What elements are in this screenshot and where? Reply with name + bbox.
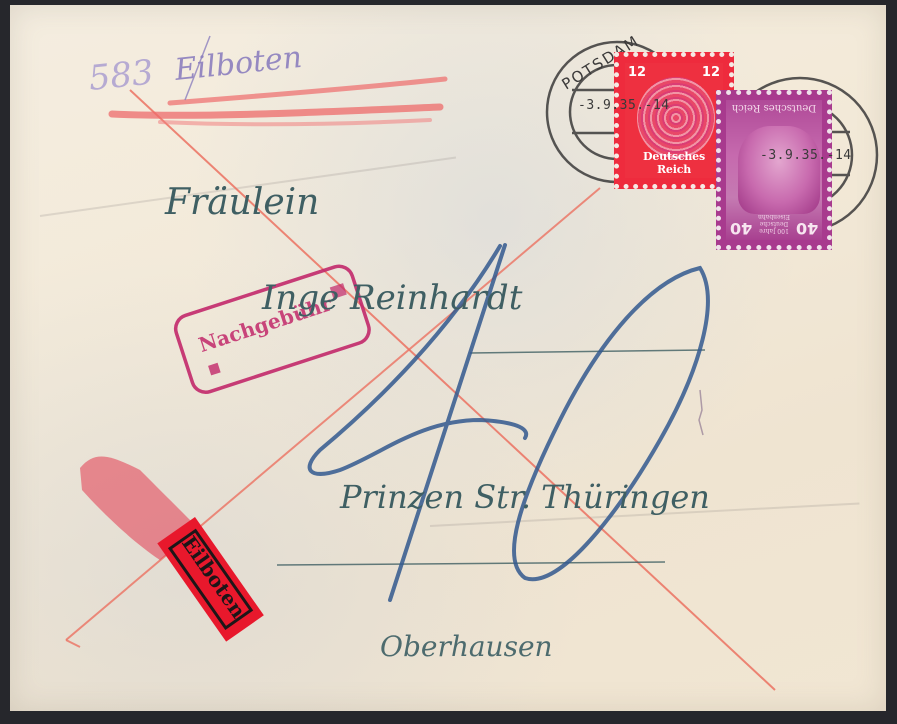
violet-railway-stamp: Deutsches Reich 40 40 100 Jahre Deutsche…: [716, 90, 832, 250]
stamp-sub-label: 100 Jahre Deutsche Eisenbahn: [750, 213, 798, 234]
stamp-value-left: 40: [730, 219, 752, 238]
locomotive-image: [738, 126, 820, 214]
postmark-date-right: -3.9.35.-14: [760, 148, 852, 163]
stamp-value-right: 12: [702, 65, 720, 80]
address-line-salutation: Fräulein: [165, 182, 319, 223]
stamp-value-right: 40: [796, 219, 818, 238]
address-line-street: Prinzen Str. Thüringen: [340, 478, 710, 516]
postmark-date-left: -3.9.35.-14: [578, 98, 670, 113]
address-line-name: Inge Reinhardt: [262, 278, 522, 318]
address-line-city: Oberhausen: [380, 630, 553, 663]
stamp-country-label: Deutsches Reich: [625, 150, 723, 176]
hindenburg-portrait: [637, 77, 715, 159]
stamp-value-left: 12: [628, 65, 646, 80]
stamp-country-label: Deutsches Reich: [730, 102, 818, 113]
